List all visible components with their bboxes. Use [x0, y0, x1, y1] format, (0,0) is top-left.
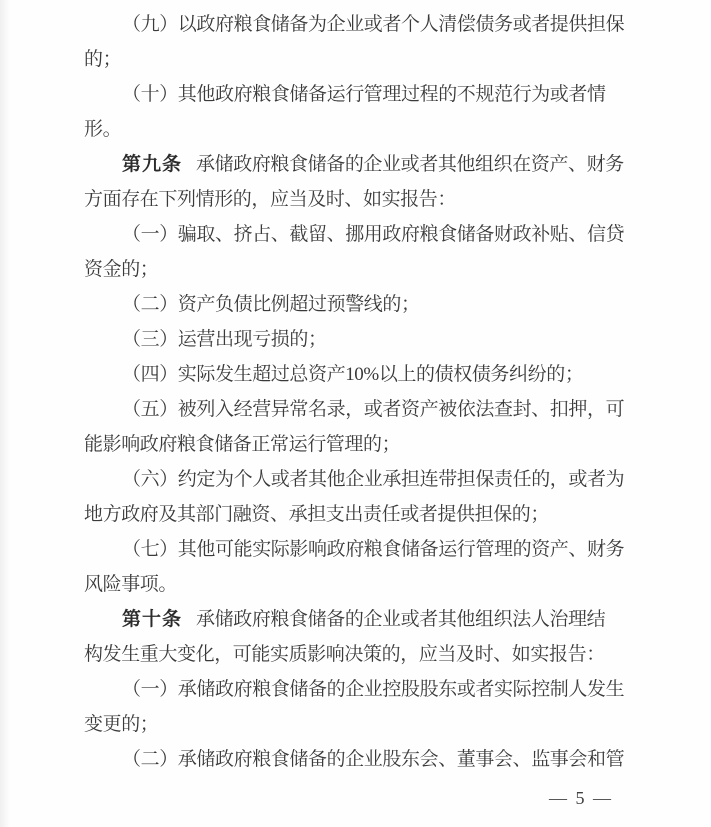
text-line-content: （十）其他政府粮食储备运行管理过程的不规范行为或者情	[122, 84, 606, 105]
article-number: 第十条	[122, 609, 182, 630]
text-line: 变更的；	[84, 707, 644, 742]
text-line-content: 承储政府粮食储备的企业或者其他组织在资产、财务	[196, 154, 624, 175]
document-page: （九）以政府粮食储备为企业或者个人清偿债务或者提供担保的；（十）其他政府粮食储备…	[0, 0, 711, 827]
text-line-content: （一）承储政府粮食储备的企业控股股东或者实际控制人发生	[122, 679, 624, 700]
text-line: 风险事项。	[84, 567, 644, 602]
text-line-content: （三）运营出现亏损的；	[122, 329, 327, 350]
text-line: 资金的；	[84, 252, 644, 287]
text-line: 的；	[84, 42, 644, 77]
text-line: （十）其他政府粮食储备运行管理过程的不规范行为或者情	[84, 77, 644, 112]
document-body: （九）以政府粮食储备为企业或者个人清偿债务或者提供担保的；（十）其他政府粮食储备…	[84, 7, 644, 777]
text-line-content: 地方政府及其部门融资、承担支出责任或者提供担保的；	[84, 504, 549, 525]
article-number: 第九条	[122, 154, 182, 175]
text-line-content: （九）以政府粮食储备为企业或者个人清偿债务或者提供担保	[122, 14, 624, 35]
text-line: 方面存在下列情形的，应当及时、如实报告：	[84, 182, 644, 217]
text-line-content: 能影响政府粮食储备正常运行管理的；	[84, 434, 400, 455]
text-line: 形。	[84, 112, 644, 147]
text-line: 第十条承储政府粮食储备的企业或者其他组织法人治理结	[84, 602, 644, 637]
text-line: （四）实际发生超过总资产10%以上的债权债务纠纷的；	[84, 357, 644, 392]
text-line-content: （一）骗取、挤占、截留、挪用政府粮食储备财政补贴、信贷	[122, 224, 624, 245]
text-line: （二）资产负债比例超过预警线的；	[84, 287, 644, 322]
text-line: （九）以政府粮食储备为企业或者个人清偿债务或者提供担保	[84, 7, 644, 42]
text-line-content: （二）资产负债比例超过预警线的；	[122, 294, 420, 315]
text-line-content: 风险事项。	[84, 574, 177, 595]
page-number: — 5 —	[549, 786, 613, 810]
text-line-content: 方面存在下列情形的，应当及时、如实报告：	[84, 189, 456, 210]
text-line-content: 变更的；	[84, 714, 158, 735]
text-line-content: 资金的；	[84, 259, 158, 280]
text-line-content: （五）被列入经营异常名录，或者资产被依法查封、扣押，可	[122, 399, 624, 420]
text-line: （一）承储政府粮食储备的企业控股股东或者实际控制人发生	[84, 672, 644, 707]
text-line-content: 承储政府粮食储备的企业或者其他组织法人治理结	[196, 609, 605, 630]
text-line-content: 构发生重大变化，可能实质影响决策的，应当及时、如实报告：	[84, 644, 605, 665]
text-line-content: 形。	[84, 119, 121, 140]
text-line-content: （六）约定为个人或者其他企业承担连带担保责任的，或者为	[122, 469, 624, 490]
text-line-content: （七）其他可能实际影响政府粮食储备运行管理的资产、财务	[122, 539, 624, 560]
text-line-content: 的；	[84, 49, 121, 70]
text-line: （六）约定为个人或者其他企业承担连带担保责任的，或者为	[84, 462, 644, 497]
text-line: （一）骗取、挤占、截留、挪用政府粮食储备财政补贴、信贷	[84, 217, 644, 252]
text-line: 能影响政府粮食储备正常运行管理的；	[84, 427, 644, 462]
text-line: （三）运营出现亏损的；	[84, 322, 644, 357]
text-line: 地方政府及其部门融资、承担支出责任或者提供担保的；	[84, 497, 644, 532]
text-line: 构发生重大变化，可能实质影响决策的，应当及时、如实报告：	[84, 637, 644, 672]
text-line-content: （四）实际发生超过总资产10%以上的债权债务纠纷的；	[122, 364, 583, 385]
text-line: （二）承储政府粮食储备的企业股东会、董事会、监事会和管	[84, 742, 644, 777]
text-line-content: （二）承储政府粮食储备的企业股东会、董事会、监事会和管	[122, 749, 624, 770]
text-line: 第九条承储政府粮食储备的企业或者其他组织在资产、财务	[84, 147, 644, 182]
text-line: （五）被列入经营异常名录，或者资产被依法查封、扣押，可	[84, 392, 644, 427]
text-line: （七）其他可能实际影响政府粮食储备运行管理的资产、财务	[84, 532, 644, 567]
